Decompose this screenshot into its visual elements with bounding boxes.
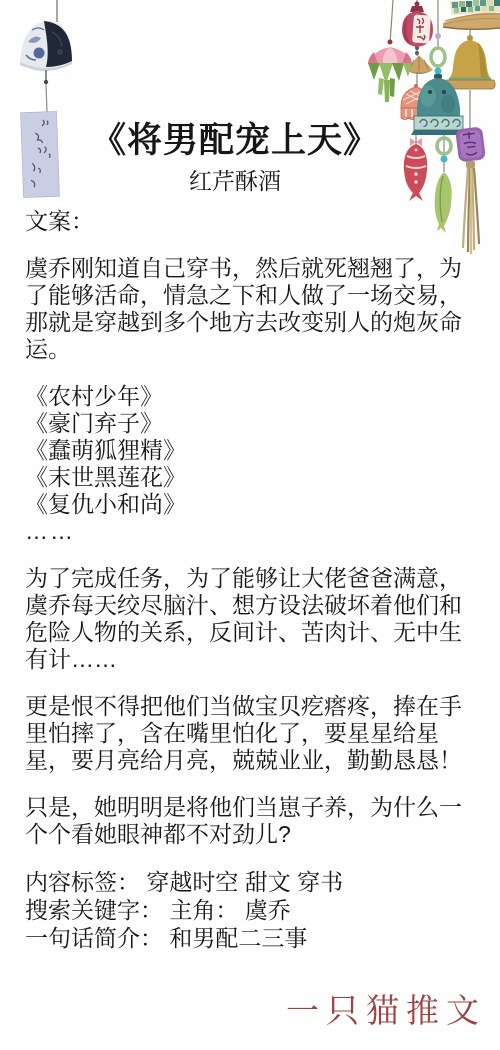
book-list-item: 《末世黑莲花》	[25, 464, 482, 491]
straw-hat-bell-icon	[443, 0, 500, 30]
lavender-bead-icon	[435, 33, 441, 39]
book-list-item: 《豪门弃子》	[25, 410, 482, 437]
paragraph: 只是，她明明是将他们当崽子养，为什么一个个看她眼神都不对劲儿?	[25, 794, 482, 848]
book-list-item: 《蠢萌狐狸精》	[25, 437, 482, 464]
paragraph: 更是恨不得把他们当做宝贝疙瘩疼，捧在手里怕摔了，含在嘴里怕化了，要星星给星星，要…	[25, 693, 482, 774]
title-block: 《将男配宠上天》 红芹酥酒	[0, 122, 470, 196]
red-pouch-bell-icon	[402, 2, 433, 48]
paragraph: 虞乔刚知道自己穿书，然后就死翘翘了，为了能够活命，情急之下和人做了一场交易，那就…	[25, 255, 482, 363]
section-label: 文案：	[25, 208, 482, 235]
book-list-item: 《复仇小和尚》	[25, 491, 482, 518]
book-list: 《农村少年》 《豪门弃子》 《蠢萌狐狸精》 《末世黑莲花》 《复仇小和尚》 ……	[25, 383, 482, 545]
watermark: 一只猫推文	[286, 985, 486, 1032]
teal-bead-icon	[435, 68, 442, 75]
jade-ring-icon	[431, 48, 445, 66]
meta-keywords-line: 搜索关键字： 主角： 虞乔	[25, 896, 482, 924]
paragraph: 为了完成任务，为了能够让大佬爸爸满意，虞乔每天绞尽脑汁、想方设法破坏着他们和危险…	[25, 565, 482, 673]
meta-summary-line: 一句话简介： 和男配二三事	[25, 924, 482, 952]
book-author: 红芹酥酒	[0, 163, 470, 196]
meta-tags-line: 内容标签： 穿越时空 甜文 穿书	[25, 868, 482, 896]
page: 《将男配宠上天》 红芹酥酒 文案： 虞乔刚知道自己穿书，然后就死翘翘了，为了能够…	[0, 0, 500, 1050]
gold-bell-icon	[445, 35, 495, 89]
meta-lines: 内容标签： 穿越时空 甜文 穿书 搜索关键字： 主角： 虞乔 一句话简介： 和男…	[25, 868, 482, 952]
book-list-item: 《农村少年》	[25, 383, 482, 410]
book-title: 《将男配宠上天》	[0, 122, 470, 160]
red-bead-icon	[388, 40, 393, 45]
ellipsis: ……	[25, 518, 482, 545]
synopsis: 文案： 虞乔刚知道自己穿书，然后就死翘翘了，为了能够活命，情急之下和人做了一场交…	[25, 208, 482, 952]
